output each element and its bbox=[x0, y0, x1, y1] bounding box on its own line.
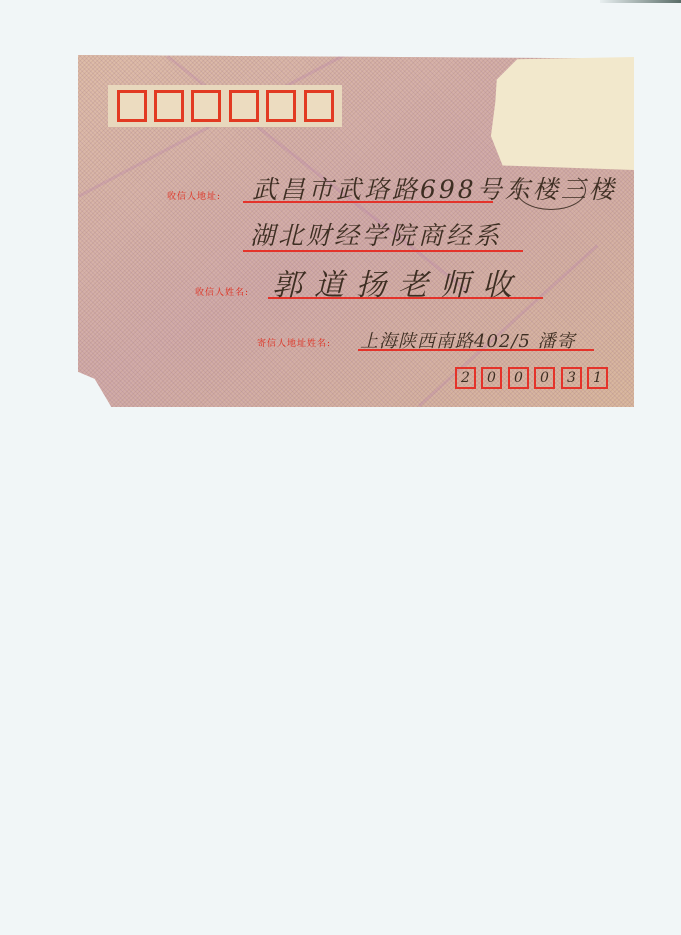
recipient-address-line2: 湖北财经学院商经系 bbox=[250, 216, 502, 252]
sender-value: 上海陕西南路402/5 潘寄 bbox=[360, 327, 576, 353]
recipient-name-label: 收信人姓名: bbox=[195, 285, 249, 298]
recipient-zip-box bbox=[229, 90, 259, 122]
scan-edge bbox=[600, 0, 681, 3]
recipient-address-label: 收信人地址: bbox=[167, 189, 221, 202]
recipient-name: 郭道扬老师收 bbox=[272, 260, 524, 304]
recipient-zip-box bbox=[117, 90, 147, 122]
recipient-zip-box bbox=[154, 90, 184, 122]
sender-zip-digit: 0 bbox=[534, 367, 555, 389]
postmark bbox=[516, 170, 586, 210]
recipient-zip-box bbox=[266, 90, 296, 122]
sender-label: 寄信人地址姓名: bbox=[257, 336, 331, 349]
recipient-zip-box bbox=[191, 90, 221, 122]
recipient-zip-box bbox=[304, 90, 334, 122]
sender-zip-digit: 1 bbox=[587, 367, 608, 389]
sender-zip-digit: 3 bbox=[561, 367, 582, 389]
sender-zip-digit: 0 bbox=[481, 367, 502, 389]
sender-zip-digit: 0 bbox=[508, 367, 529, 389]
sender-zip-digit: 2 bbox=[455, 367, 476, 389]
torn-stamp-area bbox=[488, 57, 634, 170]
